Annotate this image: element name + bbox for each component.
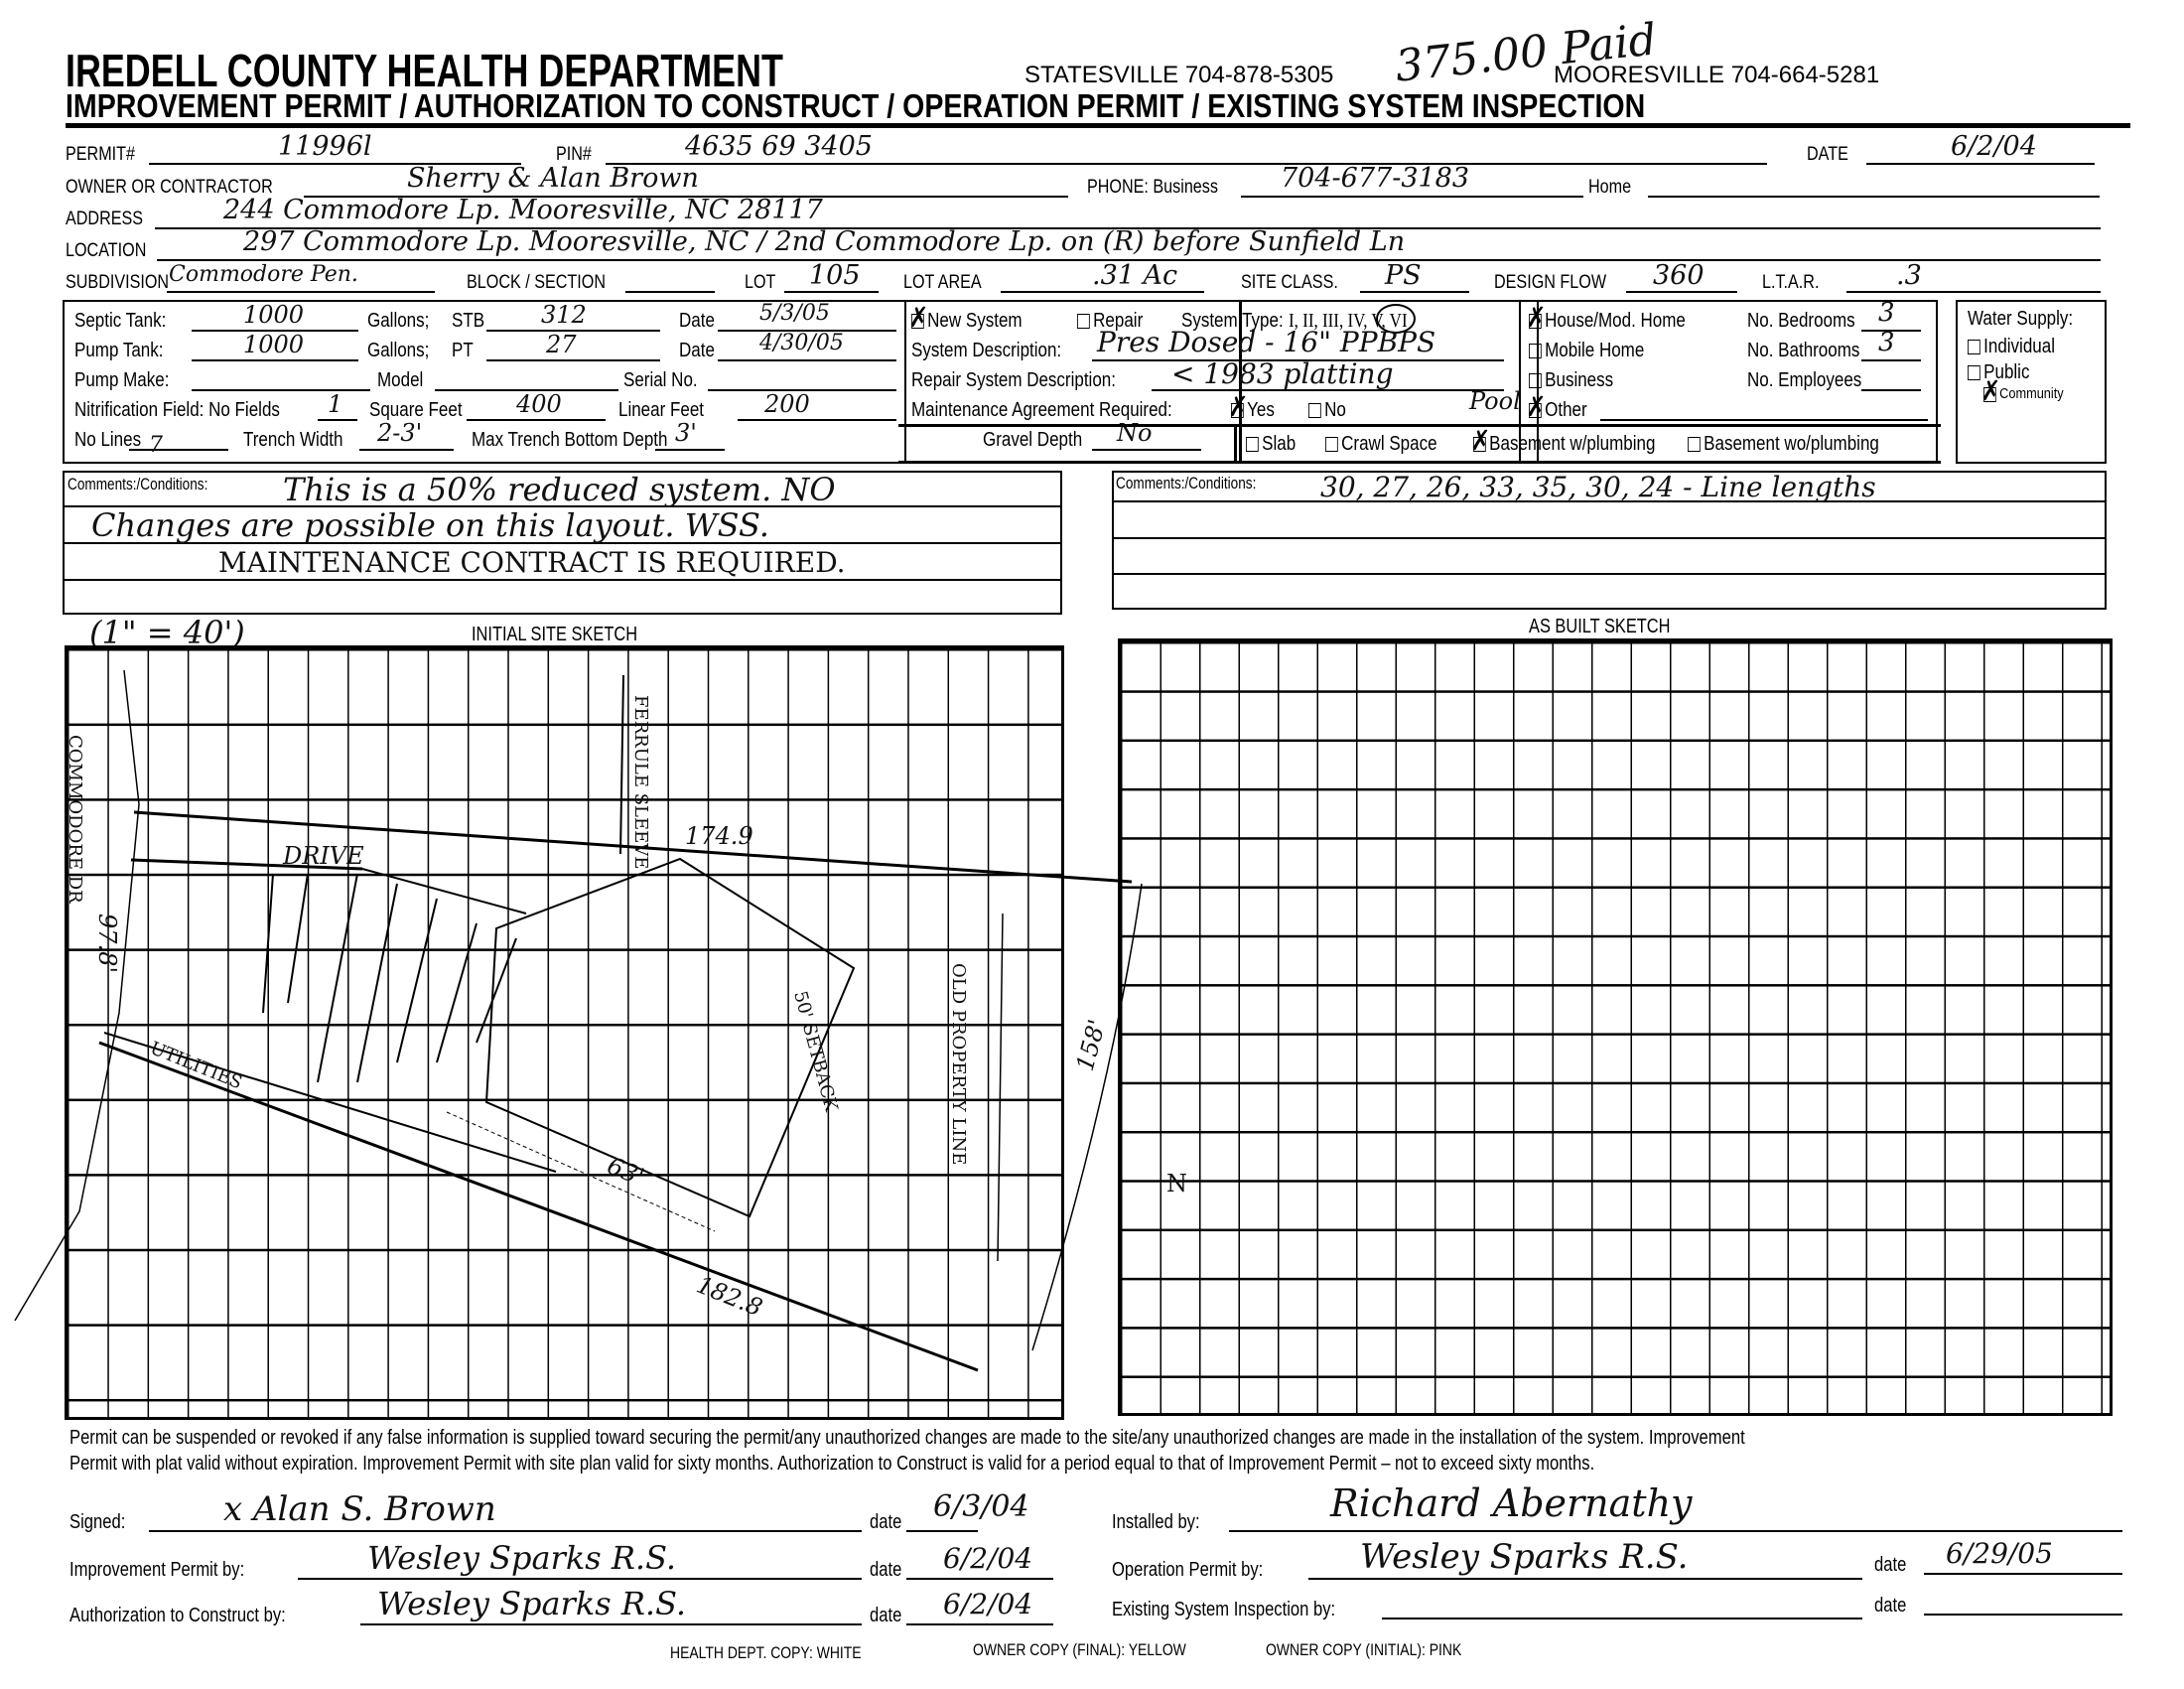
authorization-date-field[interactable]: 6/2/04 (943, 1588, 1032, 1620)
authorization-line (360, 1623, 862, 1625)
improvement-date-field[interactable]: 6/2/04 (943, 1542, 1032, 1575)
copy-white: HEALTH DEPT. COPY: WHITE (670, 1643, 862, 1663)
operation-line (1308, 1578, 1862, 1580)
existing-label: Existing System Inspection by: (1112, 1599, 1335, 1621)
improvement-date-line (906, 1578, 1053, 1580)
notice-line1: Permit can be suspended or revoked if an… (69, 1427, 1745, 1450)
street-label: COMMODORE DR (65, 735, 85, 904)
installed-label: Installed by: (1112, 1511, 1200, 1534)
operation-field[interactable]: Wesley Sparks R.S. (1360, 1537, 1689, 1577)
drive-label: DRIVE (282, 842, 364, 870)
improvement-date-label: date (870, 1559, 901, 1582)
authorization-field[interactable]: Wesley Sparks R.S. (377, 1585, 686, 1622)
authorization-date-line (906, 1623, 1053, 1625)
old-property-line-label: OLD PROPERTY LINE (948, 963, 969, 1165)
improvement-label: Improvement Permit by: (69, 1559, 244, 1582)
installed-field[interactable]: Richard Abernathy (1330, 1481, 1693, 1525)
signed-field[interactable]: x Alan S. Brown (223, 1489, 496, 1529)
operation-date-field[interactable]: 6/29/05 (1946, 1537, 2053, 1570)
signed-date-label: date (870, 1511, 901, 1534)
setback-label: 50' SETBACK (789, 989, 842, 1114)
authorization-date-label: date (870, 1605, 901, 1627)
dim-63-label: 63' (604, 1152, 648, 1192)
copy-yellow: OWNER COPY (FINAL): YELLOW (973, 1640, 1186, 1660)
dim-left-label: 97.8' (93, 914, 121, 973)
improvement-field[interactable]: Wesley Sparks R.S. (367, 1539, 676, 1577)
signed-label: Signed: (69, 1511, 125, 1534)
operation-label: Operation Permit by: (1112, 1559, 1263, 1582)
dim-right-label: 158' (1071, 1017, 1112, 1074)
existing-date-label: date (1874, 1595, 1906, 1618)
copy-pink: OWNER COPY (INITIAL): PINK (1266, 1640, 1461, 1660)
installed-line (1229, 1530, 2122, 1532)
authorization-label: Authorization to Construct by: (69, 1605, 286, 1627)
notice-line2: Permit with plat valid without expiratio… (69, 1453, 1594, 1476)
signed-date-field[interactable]: 6/3/04 (933, 1489, 1029, 1524)
ferrule-label: FERRULE SLEEVE (630, 695, 651, 869)
improvement-line (298, 1578, 862, 1580)
operation-date-label: date (1874, 1554, 1906, 1577)
dim-top-label: 174.9 (685, 822, 753, 850)
north-label: N (1166, 1170, 1187, 1197)
operation-date-line (1924, 1573, 2122, 1575)
signed-line (149, 1530, 862, 1532)
existing-field[interactable] (1382, 1618, 1862, 1619)
signed-date-line (906, 1530, 978, 1532)
existing-date-field[interactable] (1924, 1614, 2122, 1616)
